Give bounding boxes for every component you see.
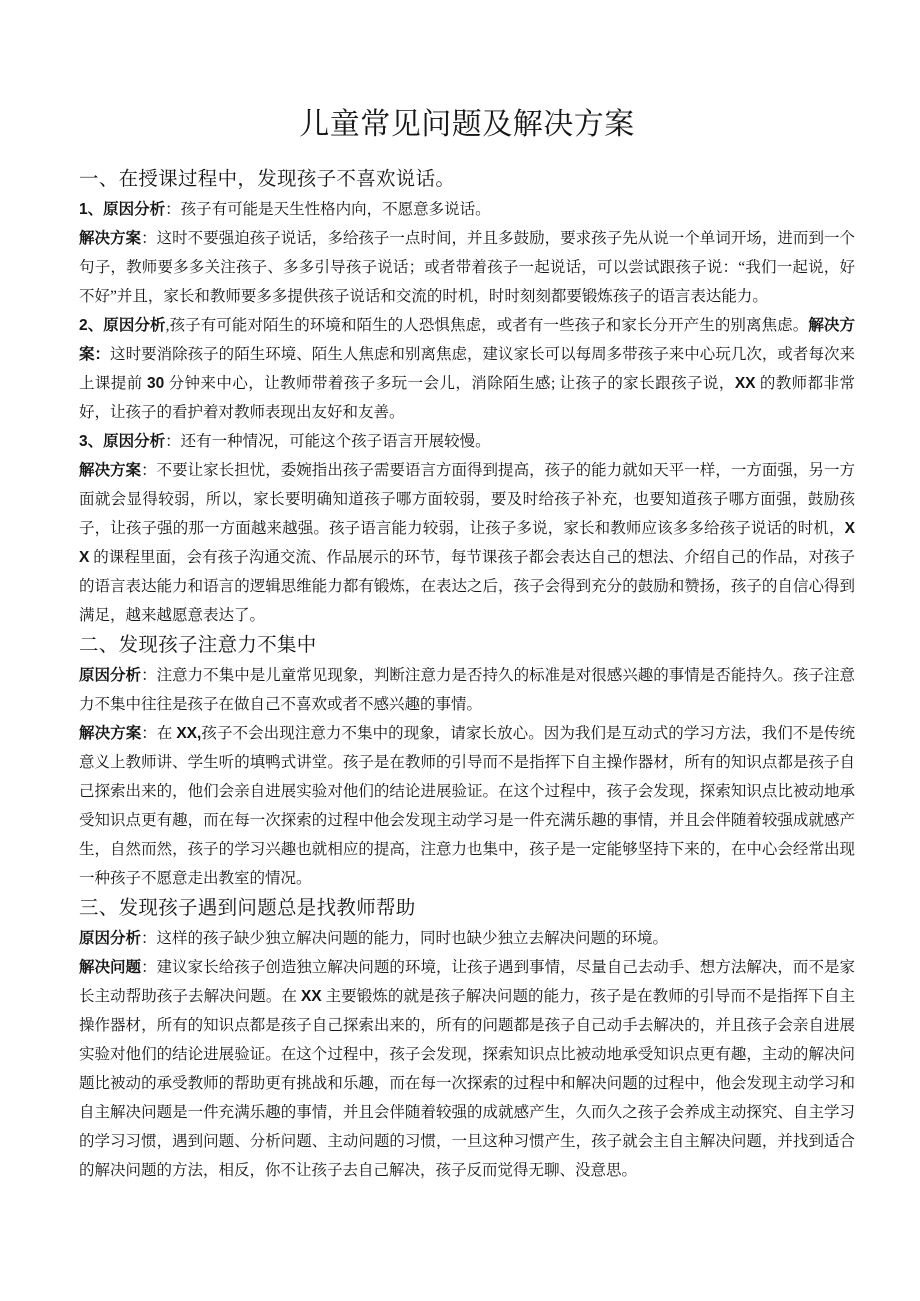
text-run: ：还有一种情况，可能这个孩子语言开展较慢。 (165, 433, 491, 450)
bold-label-run: 解决方案 (79, 462, 141, 479)
document-body: 一、在授课过程中，发现孩子不喜欢说话。1、原因分析：孩子有可能是天生性格内向，不… (79, 164, 855, 1185)
text-run: ：注意力不集中是儿童常见现象，判断注意力是否持久的标准是对很感兴趣的事情是否能持… (79, 667, 855, 713)
bold-label-run: XX (301, 988, 322, 1005)
document-title: 儿童常见问题及解决方案 (79, 102, 855, 148)
paragraph: 2、原因分析,孩子有可能对陌生的环境和陌生的人恐惧焦虑，或者有一些孩子和家长分开… (79, 311, 855, 427)
text-run: 孩子不会出现注意力不集中的现象，请家长放心。因为我们是互动式的学习方法，我们不是… (79, 725, 855, 887)
section-heading: 二、发现孩子注意力不集中 (79, 630, 855, 661)
text-run: 的课程里面，会有孩子沟通交流、作品展示的环节，每节课孩子都会表达自己的想法、介绍… (79, 549, 855, 624)
bold-label-run: XX (735, 375, 756, 392)
document-page: 儿童常见问题及解决方案 一、在授课过程中，发现孩子不喜欢说话。1、原因分析：孩子… (0, 0, 920, 1301)
bold-label-run: XX, (176, 725, 201, 742)
bold-label-run: 原因分析 (79, 667, 141, 684)
paragraph: 3、原因分析：还有一种情况，可能这个孩子语言开展较慢。 (79, 427, 855, 456)
text-run: ：这时不要强迫孩子说话，多给孩子一点时间，并且多鼓励，要求孩子先从说一个单词开场… (79, 230, 855, 305)
bold-label-run: 解决方案 (79, 230, 141, 247)
bold-label-run: 原因分析 (79, 930, 141, 947)
bold-label-run: 1、原因分析 (79, 201, 165, 218)
bold-label-run: 3、原因分析 (79, 433, 165, 450)
section-heading: 三、发现孩子遇到问题总是找教师帮助 (79, 893, 855, 924)
bold-label-run: 解决方案 (79, 725, 141, 742)
bold-label-run: 2、原因分析 (79, 317, 166, 334)
bold-label-run: 30 (147, 375, 164, 392)
section-heading: 一、在授课过程中，发现孩子不喜欢说话。 (79, 164, 855, 195)
paragraph: 原因分析：注意力不集中是儿童常见现象，判断注意力是否持久的标准是对很感兴趣的事情… (79, 661, 855, 719)
bold-label-run: 解决问题 (79, 959, 141, 976)
paragraph: 原因分析：这样的孩子缺少独立解决问题的能力，同时也缺少独立去解决问题的环境。 (79, 924, 855, 953)
text-run: ：这样的孩子缺少独立解决问题的能力，同时也缺少独立去解决问题的环境。 (141, 930, 668, 947)
text-run: ：在 (141, 725, 176, 742)
paragraph: 解决问题：建议家长给孩子创造独立解决问题的环境，让孩子遇到事情，尽量自己去动手、… (79, 953, 855, 1185)
paragraph: 解决方案：在 XX,孩子不会出现注意力不集中的现象，请家长放心。因为我们是互动式… (79, 719, 855, 893)
text-run: ：孩子有可能是天生性格内向，不愿意多说话。 (165, 201, 491, 218)
paragraph: 解决方案：不要让家长担忧，委婉指出孩子需要语言方面得到提高，孩子的能力就如天平一… (79, 456, 855, 630)
text-run: ,孩子有可能对陌生的环境和陌生的人恐惧焦虑，或者有一些孩子和家长分开产生的别离焦… (166, 317, 809, 334)
text-run: 主要锻炼的就是孩子解决问题的能力，孩子是在教师的引导而不是指挥下自主操作器材，所… (79, 988, 855, 1179)
paragraph: 1、原因分析：孩子有可能是天生性格内向，不愿意多说话。 (79, 195, 855, 224)
text-run: ：不要让家长担忧，委婉指出孩子需要语言方面得到提高，孩子的能力就如天平一样，一方… (79, 462, 855, 537)
paragraph: 解决方案：这时不要强迫孩子说话，多给孩子一点时间，并且多鼓励，要求孩子先从说一个… (79, 224, 855, 311)
text-run: 分钟来中心，让教师带着孩子多玩一会儿，消除陌生感; 让孩子的家长跟孩子说， (164, 375, 735, 392)
